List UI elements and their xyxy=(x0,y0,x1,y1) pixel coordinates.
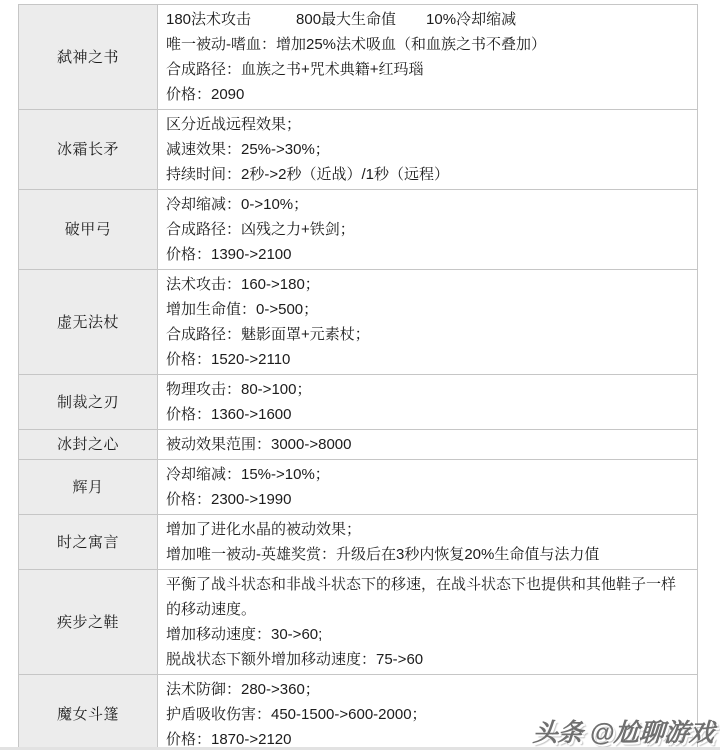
detail-line: 价格：1390->2100 xyxy=(166,242,689,267)
detail-line: 区分近战远程效果； xyxy=(166,112,689,137)
table-row: 制裁之刃物理攻击：80->100；价格：1360->1600 xyxy=(19,375,698,430)
detail-line: 减速效果：25%->30%； xyxy=(166,137,689,162)
item-detail-cell: 冷却缩减：15%->10%；价格：2300->1990 xyxy=(158,460,698,515)
detail-line: 价格：1520->2110 xyxy=(166,347,689,372)
item-name-cell: 疾步之鞋 xyxy=(19,570,158,675)
item-detail-cell: 法术攻击：160->180；增加生命值：0->500；合成路径：魅影面罩+元素杖… xyxy=(158,270,698,375)
item-detail-cell: 被动效果范围：3000->8000 xyxy=(158,430,698,460)
watermark-text: 头条 @尬聊游戏 xyxy=(531,713,715,749)
detail-line: 增加移动速度：30->60; xyxy=(166,622,689,647)
item-detail-cell: 平衡了战斗状态和非战斗状态下的移速，在战斗状态下也提供和其他鞋子一样的移动速度。… xyxy=(158,570,698,675)
item-changes-table: 弑神之书180法术攻击 800最大生命值 10%冷却缩减唯一被动-嗜血：增加25… xyxy=(18,4,698,750)
detail-line: 增加了进化水晶的被动效果； xyxy=(166,517,689,542)
detail-line: 法术防御：280->360； xyxy=(166,677,689,702)
detail-line: 价格：2090 xyxy=(166,82,689,107)
table-row: 弑神之书180法术攻击 800最大生命值 10%冷却缩减唯一被动-嗜血：增加25… xyxy=(19,5,698,110)
table-row: 辉月冷却缩减：15%->10%；价格：2300->1990 xyxy=(19,460,698,515)
detail-line: 冷却缩减：0->10%； xyxy=(166,192,689,217)
item-detail-cell: 增加了进化水晶的被动效果；增加唯一被动-英雄奖赏：升级后在3秒内恢复20%生命值… xyxy=(158,515,698,570)
detail-line: 被动效果范围：3000->8000 xyxy=(166,432,689,457)
detail-line: 增加唯一被动-英雄奖赏：升级后在3秒内恢复20%生命值与法力值 xyxy=(166,542,689,567)
detail-line: 脱战状态下额外增加移动速度：75->60 xyxy=(166,647,689,672)
detail-line: 冷却缩减：15%->10%； xyxy=(166,462,689,487)
detail-line: 合成路径：血族之书+咒术典籍+红玛瑙 xyxy=(166,57,689,82)
table-row: 虚无法杖法术攻击：160->180；增加生命值：0->500；合成路径：魅影面罩… xyxy=(19,270,698,375)
detail-line: 持续时间：2秒->2秒（近战）/1秒（远程） xyxy=(166,162,689,187)
detail-line: 增加生命值：0->500； xyxy=(166,297,689,322)
item-name-cell: 冰封之心 xyxy=(19,430,158,460)
detail-line: 合成路径：魅影面罩+元素杖； xyxy=(166,322,689,347)
table-row: 疾步之鞋平衡了战斗状态和非战斗状态下的移速，在战斗状态下也提供和其他鞋子一样的移… xyxy=(19,570,698,675)
item-name-cell: 破甲弓 xyxy=(19,190,158,270)
detail-line: 物理攻击：80->100； xyxy=(166,377,689,402)
item-name-cell: 魔女斗篷 xyxy=(19,675,158,750)
item-detail-cell: 区分近战远程效果；减速效果：25%->30%；持续时间：2秒->2秒（近战）/1… xyxy=(158,110,698,190)
detail-line: 价格：2300->1990 xyxy=(166,487,689,512)
detail-line: 价格：1360->1600 xyxy=(166,402,689,427)
item-detail-cell: 180法术攻击 800最大生命值 10%冷却缩减唯一被动-嗜血：增加25%法术吸… xyxy=(158,5,698,110)
detail-line: 平衡了战斗状态和非战斗状态下的移速，在战斗状态下也提供和其他鞋子一样的移动速度。 xyxy=(166,572,689,622)
item-name-cell: 冰霜长矛 xyxy=(19,110,158,190)
table-row: 冰封之心被动效果范围：3000->8000 xyxy=(19,430,698,460)
page: 弑神之书180法术攻击 800最大生命值 10%冷却缩减唯一被动-嗜血：增加25… xyxy=(0,0,720,750)
table-row: 冰霜长矛区分近战远程效果；减速效果：25%->30%；持续时间：2秒->2秒（近… xyxy=(19,110,698,190)
item-name-cell: 时之寓言 xyxy=(19,515,158,570)
detail-line: 法术攻击：160->180； xyxy=(166,272,689,297)
item-name-cell: 制裁之刃 xyxy=(19,375,158,430)
detail-line: 合成路径：凶残之力+铁剑； xyxy=(166,217,689,242)
table-body: 弑神之书180法术攻击 800最大生命值 10%冷却缩减唯一被动-嗜血：增加25… xyxy=(19,5,698,750)
detail-line: 唯一被动-嗜血：增加25%法术吸血（和血族之书不叠加） xyxy=(166,32,689,57)
item-name-cell: 辉月 xyxy=(19,460,158,515)
item-name-cell: 弑神之书 xyxy=(19,5,158,110)
detail-line: 180法术攻击 800最大生命值 10%冷却缩减 xyxy=(166,7,689,32)
item-name-cell: 虚无法杖 xyxy=(19,270,158,375)
table-row: 时之寓言增加了进化水晶的被动效果；增加唯一被动-英雄奖赏：升级后在3秒内恢复20… xyxy=(19,515,698,570)
item-detail-cell: 物理攻击：80->100；价格：1360->1600 xyxy=(158,375,698,430)
item-detail-cell: 冷却缩减：0->10%；合成路径：凶残之力+铁剑；价格：1390->2100 xyxy=(158,190,698,270)
table-row: 破甲弓冷却缩减：0->10%；合成路径：凶残之力+铁剑；价格：1390->210… xyxy=(19,190,698,270)
